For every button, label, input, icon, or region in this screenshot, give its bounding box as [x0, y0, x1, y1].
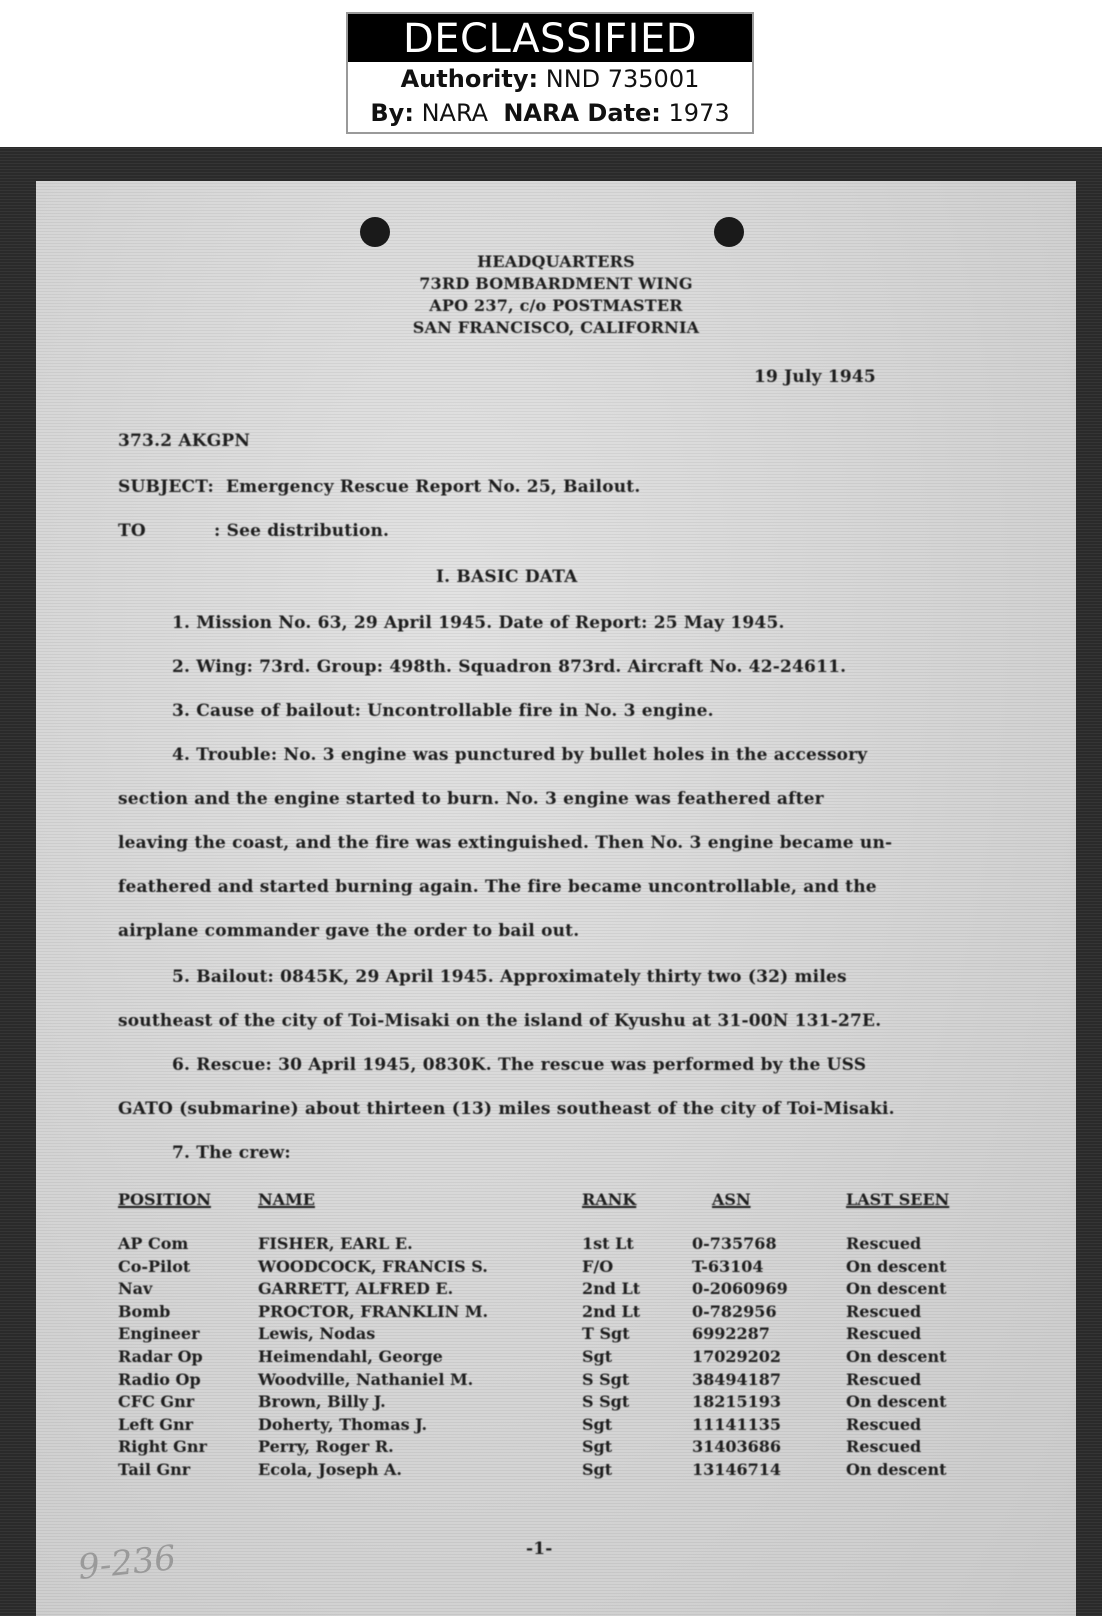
cell-rank: 2nd Lt — [582, 1301, 640, 1324]
cell-position: Right Gnr — [118, 1436, 207, 1459]
table-row: Right GnrPerry, Roger R.Sgt31403686Rescu… — [118, 1436, 998, 1459]
stamp-title: DECLASSIFIED — [348, 14, 752, 62]
paragraph-3: 3. Cause of bailout: Uncontrollable fire… — [172, 701, 714, 721]
header-position: POSITION — [118, 1189, 211, 1212]
header-name: NAME — [258, 1189, 315, 1212]
section-title: I. BASIC DATA — [436, 567, 578, 587]
header-asn: ASN — [712, 1189, 751, 1212]
to-label: TO — [118, 521, 146, 541]
cell-position: Engineer — [118, 1323, 200, 1346]
cell-name: Lewis, Nodas — [258, 1323, 375, 1346]
cell-rank: Sgt — [582, 1459, 612, 1482]
paragraph-6-line: GATO (submarine) about thirteen (13) mil… — [118, 1099, 895, 1119]
paragraph-4-line: airplane commander gave the order to bai… — [118, 921, 579, 941]
cell-last-seen: Rescued — [846, 1233, 921, 1256]
cell-last-seen: Rescued — [846, 1436, 921, 1459]
table-row: EngineerLewis, NodasT Sgt6992287Rescued — [118, 1323, 998, 1346]
cell-rank: Sgt — [582, 1414, 612, 1437]
to-text: : See distribution. — [214, 521, 389, 541]
document-page: HEADQUARTERS 73RD BOMBARDMENT WING APO 2… — [36, 181, 1076, 1616]
table-row: BombPROCTOR, FRANKLIN M.2nd Lt0-782956Re… — [118, 1301, 998, 1324]
cell-rank: T Sgt — [582, 1323, 630, 1346]
paragraph-7: 7. The crew: — [172, 1143, 291, 1163]
cell-last-seen: On descent — [846, 1346, 946, 1369]
cell-asn: 0-735768 — [692, 1233, 777, 1256]
cell-asn: 0-782956 — [692, 1301, 777, 1324]
crew-table-header: POSITION NAME RANK ASN LAST SEEN — [118, 1189, 998, 1233]
page-number: -1- — [526, 1539, 553, 1559]
cell-position: CFC Gnr — [118, 1391, 194, 1414]
cell-asn: 18215193 — [692, 1391, 781, 1414]
cell-position: Co-Pilot — [118, 1256, 190, 1279]
cell-name: GARRETT, ALFRED E. — [258, 1278, 453, 1301]
cell-position: Left Gnr — [118, 1414, 193, 1437]
cell-rank: S Sgt — [582, 1391, 629, 1414]
cell-last-seen: Rescued — [846, 1414, 921, 1437]
cell-position: AP Com — [118, 1233, 188, 1256]
cell-asn: 0-2060969 — [692, 1278, 788, 1301]
cell-name: FISHER, EARL E. — [258, 1233, 413, 1256]
declassified-stamp: DECLASSIFIED Authority: NND 735001 By: N… — [346, 12, 754, 134]
cell-last-seen: On descent — [846, 1391, 946, 1414]
cell-last-seen: Rescued — [846, 1323, 921, 1346]
paragraph-4-line: 4. Trouble: No. 3 engine was punctured b… — [172, 745, 867, 765]
cell-asn: 11141135 — [692, 1414, 781, 1437]
subject-label: SUBJECT: — [118, 477, 214, 497]
cell-name: Woodville, Nathaniel M. — [258, 1369, 473, 1392]
stamp-authority: Authority: NND 735001 — [348, 62, 752, 96]
cell-position: Radar Op — [118, 1346, 203, 1369]
table-row: CFC GnrBrown, Billy J.S Sgt18215193On de… — [118, 1391, 998, 1414]
cell-name: Ecola, Joseph A. — [258, 1459, 402, 1482]
letterhead-line: HEADQUARTERS — [36, 251, 1076, 273]
table-row: Radar OpHeimendahl, GeorgeSgt17029202On … — [118, 1346, 998, 1369]
cell-rank: Sgt — [582, 1346, 612, 1369]
paragraph-2: 2. Wing: 73rd. Group: 498th. Squadron 87… — [172, 657, 846, 677]
cell-name: Doherty, Thomas J. — [258, 1414, 427, 1437]
letterhead-line: APO 237, c/o POSTMASTER — [36, 295, 1076, 317]
header-rank: RANK — [582, 1189, 636, 1212]
letterhead-line: 73RD BOMBARDMENT WING — [36, 273, 1076, 295]
file-reference: 373.2 AKGPN — [118, 431, 250, 451]
crew-table-body: AP ComFISHER, EARL E.1st Lt0-735768Rescu… — [118, 1233, 998, 1482]
stamp-by-date: By: NARA NARA Date: 1973 — [348, 96, 752, 130]
handwritten-note: 9-236 — [76, 1538, 178, 1588]
cell-rank: 1st Lt — [582, 1233, 634, 1256]
cell-last-seen: On descent — [846, 1256, 946, 1279]
crew-table: POSITION NAME RANK ASN LAST SEEN AP ComF… — [118, 1189, 998, 1482]
cell-asn: 6992287 — [692, 1323, 770, 1346]
table-row: AP ComFISHER, EARL E.1st Lt0-735768Rescu… — [118, 1233, 998, 1256]
paragraph-1: 1. Mission No. 63, 29 April 1945. Date o… — [172, 613, 785, 633]
table-row: NavGARRETT, ALFRED E.2nd Lt0-2060969On d… — [118, 1278, 998, 1301]
cell-position: Radio Op — [118, 1369, 201, 1392]
paragraph-5-line: 5. Bailout: 0845K, 29 April 1945. Approx… — [172, 967, 847, 987]
cell-rank: 2nd Lt — [582, 1278, 640, 1301]
cell-name: Perry, Roger R. — [258, 1436, 394, 1459]
cell-rank: Sgt — [582, 1436, 612, 1459]
cell-asn: 38494187 — [692, 1369, 781, 1392]
cell-rank: F/O — [582, 1256, 613, 1279]
cell-last-seen: Rescued — [846, 1369, 921, 1392]
cell-position: Nav — [118, 1278, 152, 1301]
header-last-seen: LAST SEEN — [846, 1189, 949, 1212]
cell-last-seen: On descent — [846, 1278, 946, 1301]
punch-hole — [360, 217, 390, 247]
subject-text: Emergency Rescue Report No. 25, Bailout. — [226, 477, 640, 497]
table-row: Co-PilotWOODCOCK, FRANCIS S.F/OT-63104On… — [118, 1256, 998, 1279]
cell-position: Tail Gnr — [118, 1459, 190, 1482]
cell-position: Bomb — [118, 1301, 170, 1324]
punch-hole — [714, 217, 744, 247]
cell-asn: 17029202 — [692, 1346, 781, 1369]
cell-asn: 13146714 — [692, 1459, 781, 1482]
cell-last-seen: On descent — [846, 1459, 946, 1482]
paragraph-4-line: feathered and started burning again. The… — [118, 877, 877, 897]
scanned-document: HEADQUARTERS 73RD BOMBARDMENT WING APO 2… — [0, 147, 1102, 1616]
paragraph-6-line: 6. Rescue: 30 April 1945, 0830K. The res… — [172, 1055, 866, 1075]
paragraph-4-line: section and the engine started to burn. … — [118, 789, 824, 809]
cell-asn: 31403686 — [692, 1436, 781, 1459]
paragraph-5-line: southeast of the city of Toi-Misaki on t… — [118, 1011, 881, 1031]
cell-asn: T-63104 — [692, 1256, 764, 1279]
cell-name: PROCTOR, FRANKLIN M. — [258, 1301, 488, 1324]
document-date: 19 July 1945 — [754, 367, 876, 387]
cell-name: Heimendahl, George — [258, 1346, 443, 1369]
letterhead-line: SAN FRANCISCO, CALIFORNIA — [36, 317, 1076, 339]
cell-name: Brown, Billy J. — [258, 1391, 386, 1414]
cell-name: WOODCOCK, FRANCIS S. — [258, 1256, 488, 1279]
table-row: Radio OpWoodville, Nathaniel M.S Sgt3849… — [118, 1369, 998, 1392]
cell-last-seen: Rescued — [846, 1301, 921, 1324]
cell-rank: S Sgt — [582, 1369, 629, 1392]
table-row: Left GnrDoherty, Thomas J.Sgt11141135Res… — [118, 1414, 998, 1437]
table-row: Tail GnrEcola, Joseph A.Sgt13146714On de… — [118, 1459, 998, 1482]
paragraph-4-line: leaving the coast, and the fire was exti… — [118, 833, 892, 853]
